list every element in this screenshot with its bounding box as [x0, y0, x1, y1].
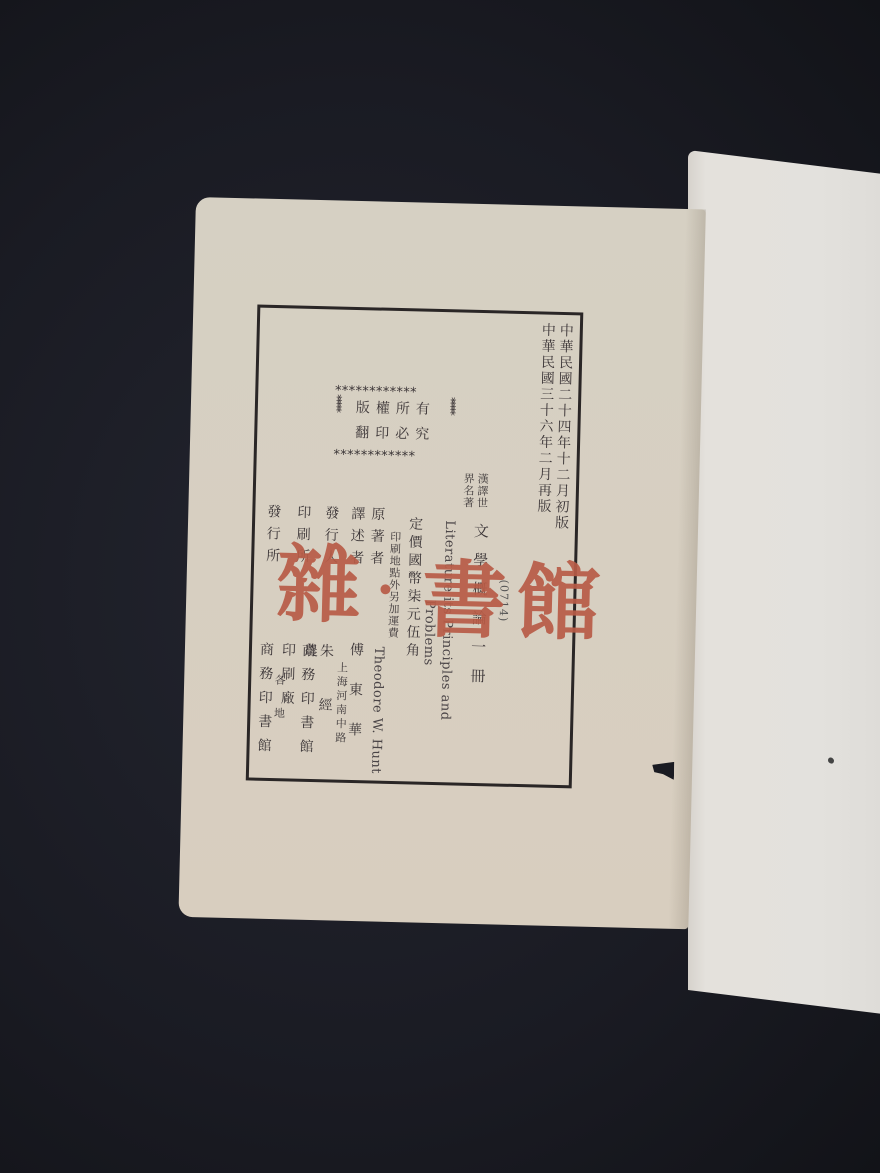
colophon-page: 中華民國二十四年十二月初版 中華民國三十六年二月再版 ************ … — [178, 197, 705, 929]
watermark-dot: • — [376, 574, 395, 607]
copyright-line-1: 版權所有 — [356, 400, 436, 418]
ink-spot — [828, 757, 834, 764]
star-border-left: ***** — [330, 393, 344, 409]
copyright-line-2: 翻印必究 — [355, 422, 435, 444]
watermark-char-2: 書 — [421, 533, 508, 656]
value-original-author: Theodore W. Hunt — [367, 646, 386, 774]
label-original-author: 原著者 — [368, 506, 386, 572]
distributor-note: 各地 — [270, 674, 288, 740]
edition-first-line: 中華民國二十四年十二月初版 — [553, 323, 574, 531]
copyright-notice-box: ************ ***** ***** ************ 版權… — [333, 383, 455, 464]
watermark-char-3: 館 — [515, 535, 602, 658]
right-page-blank — [688, 150, 880, 1017]
value-printer-company: 商務印書館 — [297, 643, 316, 763]
series-label-col2: 界名著 — [459, 473, 476, 509]
publisher-address: 上海河南中路 — [332, 662, 350, 746]
copyright-notice-text: 版權所有 — [356, 400, 436, 418]
edition-reprint-line: 中華民國三十六年二月再版 — [535, 322, 556, 514]
star-border-bottom: ************ — [333, 447, 415, 464]
paper-damage-hole — [652, 761, 674, 780]
watermark-char-1: 雜 — [275, 517, 362, 640]
star-border-right: ***** — [444, 396, 458, 412]
star-border-top: ************ — [334, 383, 416, 400]
